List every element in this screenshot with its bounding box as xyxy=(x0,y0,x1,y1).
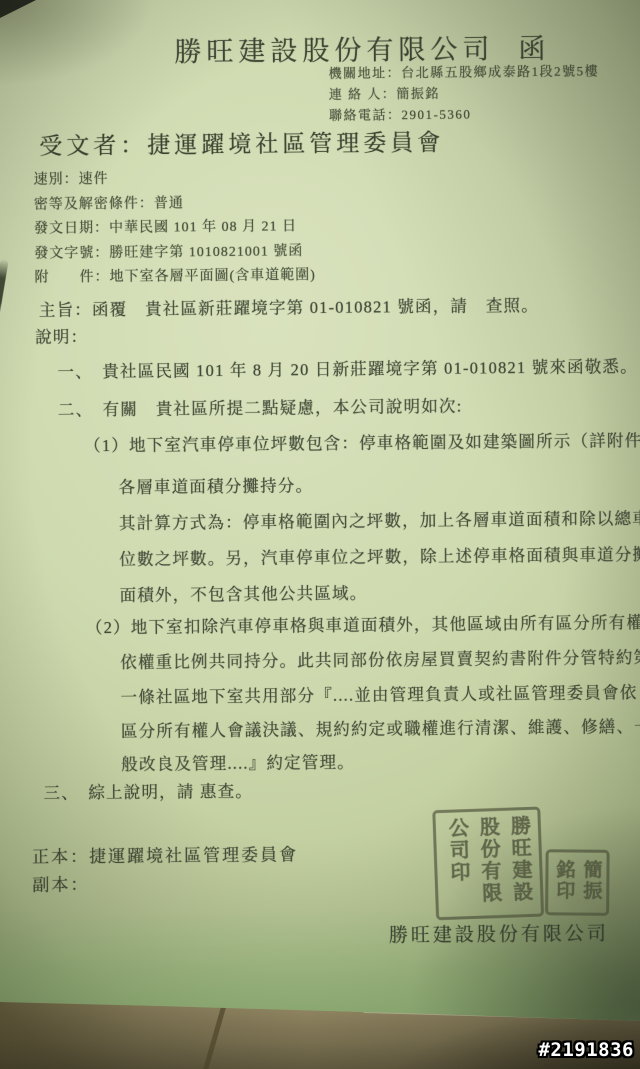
body-line: （1）地下室汽車停車位坪數包含：停車格範圍及如建築圖所示（詳附件一） xyxy=(84,427,640,457)
body-line: 三、 綜上說明，請 惠查。 xyxy=(43,778,253,804)
body-line: 區分所有權人會議決議、規約約定或職權進行清潔、維護、修繕、一 xyxy=(121,713,640,742)
meta-classification-line: 密等及解密條件：普通 xyxy=(34,191,316,218)
body-line: 一、 貴社區民國 101 年 8 月 20 日新莊躍境字第 01-010821 … xyxy=(57,353,638,383)
meta-date-line: 發文日期：中華民國 101 年 08 月 21 日 xyxy=(34,215,316,242)
name-seal-stamp: 簡振銘印 xyxy=(545,849,610,916)
left-edge-shadow-streak xyxy=(0,259,9,321)
sender-info-block: 機關地址：台北縣五股鄉成泰路1段2號5樓 連 絡 人：簡振銘 聯絡電話：2901… xyxy=(328,60,599,126)
body-line: 各層車道面積分攤持分。 xyxy=(118,472,313,498)
letter-paper: 勝旺建設股份有限公司函 機關地址：台北縣五股鄉成泰路1段2號5樓 連 絡 人：簡… xyxy=(0,0,640,1069)
sender-address-line: 機關地址：台北縣五股鄉成泰路1段2號5樓 xyxy=(328,60,599,84)
sender-contact-line: 連 絡 人：簡振銘 xyxy=(329,81,600,105)
subject-line: 主旨：函覆 貴社區新莊躍境字第 01-010821 號函，請 查照。 xyxy=(39,292,539,321)
recipient-line: 受文者：捷運躍境社區管理委員會 xyxy=(39,124,444,161)
body-line: 般改良及管理....』約定管理。 xyxy=(121,749,355,775)
letter-type-label: 函 xyxy=(518,34,550,64)
company-seal-text: 勝旺建設股份有限公司印 xyxy=(440,815,536,912)
name-seal-text: 簡振銘印 xyxy=(550,859,604,905)
company-seal-stamp: 勝旺建設股份有限公司印 xyxy=(432,807,544,921)
body-line: 依權重比例共同持分。此共同部份依房屋買賣契約書附件分管特約第 xyxy=(120,644,640,673)
body-line: （2）地下室扣除汽車停車格與車道面積外，其他區域由所有區分所有權人 xyxy=(86,609,640,639)
sender-phone-line: 聯絡電話：2901-5360 xyxy=(329,102,600,126)
copy-recipient-line: 副本： xyxy=(32,870,89,896)
body-line: 其計算方式為：停車格範圍內之坪數，加上各層車道面積和除以總車 xyxy=(119,505,640,534)
meta-speed-line: 速別：速件 xyxy=(34,166,316,193)
original-recipient-line: 正本：捷運躍境社區管理委員會 xyxy=(32,840,298,868)
meta-attachment-line: 附 件：地下室各層平面圖(含車道範圍) xyxy=(34,264,316,291)
company-signature-name: 勝旺建設股份有限公司 xyxy=(389,918,609,947)
letter-content: 勝旺建設股份有限公司函 機關地址：台北縣五股鄉成泰路1段2號5樓 連 絡 人：簡… xyxy=(0,0,640,1069)
body-line: 面積外，不包含其他公共區域。 xyxy=(119,580,367,606)
meta-block: 速別：速件 密等及解密條件：普通 發文日期：中華民國 101 年 08 月 21… xyxy=(34,166,316,292)
meta-ref-number-line: 發文字號：勝旺建字第 1010821001 號函 xyxy=(34,240,316,267)
explanation-label: 說明： xyxy=(35,323,88,348)
photo-of-letter: 勝旺建設股份有限公司函 機關地址：台北縣五股鄉成泰路1段2號5樓 連 絡 人：簡… xyxy=(0,0,640,1069)
watermark-id: #2191836 xyxy=(538,1039,634,1061)
body-line: 一條社區地下室共用部分『....並由管理負責人或社區管理委員會依 xyxy=(120,679,637,708)
body-line: 二、 有關 貴社區所提二點疑慮，本公司說明如次: xyxy=(58,393,463,421)
body-line: 位數之坪數。另，汽車停車位之坪數，除上述停車格面積與車道分攤 xyxy=(119,541,640,570)
